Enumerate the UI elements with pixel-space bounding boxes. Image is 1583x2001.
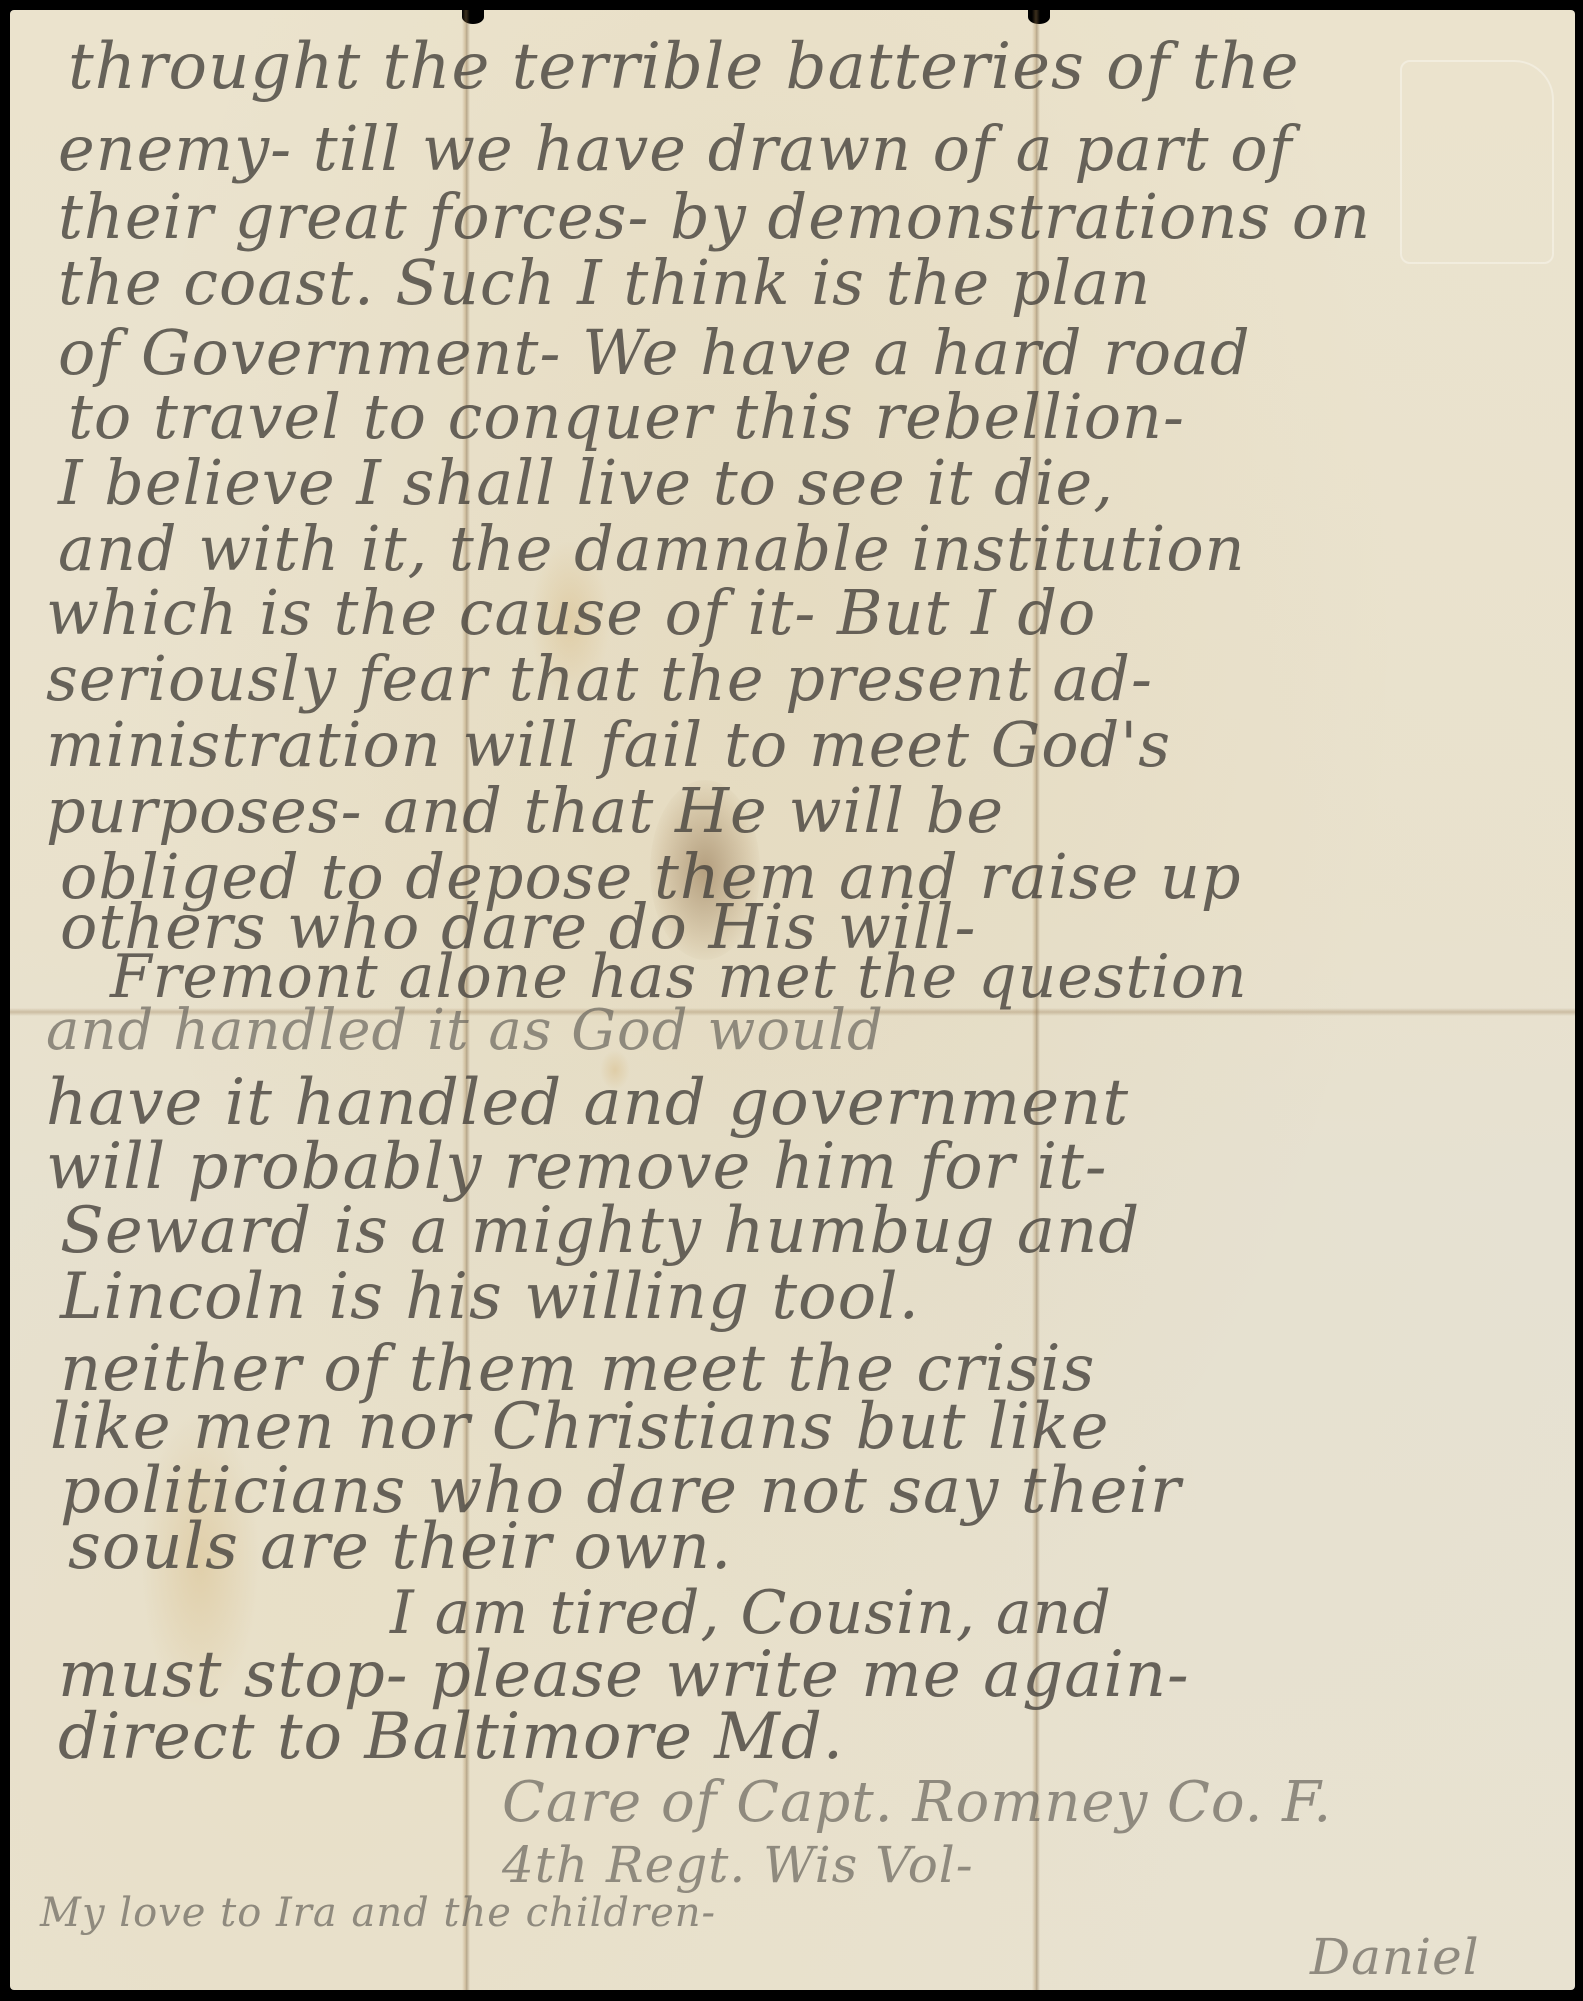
letter-line: enemy- till we have drawn of a part of [58,112,1293,185]
letter-page: throught the terrible batteries of the e… [10,10,1575,1990]
letter-line: Seward is a mighty humbug and [60,1194,1140,1268]
letter-line: purposes- and that He will be [46,774,1004,847]
letter-line: the coast. Such I think is the plan [58,246,1151,319]
letter-line: which is the cause of it- But I do [46,576,1096,649]
letter-line: have it handled and government [46,1066,1129,1140]
postscript: My love to Ira and the children- [40,1890,716,1936]
letter-line: ministration will fail to meet God's [46,708,1171,781]
return-address: Care of Capt. Romney Co. F. [502,1770,1332,1835]
letter-line: and handled it as God would [46,998,884,1063]
letter-line: Lincoln is his willing tool. [60,1260,920,1334]
letter-line: of Government- We have a hard road [58,316,1251,389]
letter-line: throught the terrible batteries of the [68,30,1300,104]
letter-line: I believe I shall live to see it die, [58,446,1114,519]
letter-line: like men nor Christians but like [50,1390,1109,1464]
signature: Daniel [1310,1928,1480,1986]
embossed-stationery-mark [1400,60,1554,264]
letter-line: souls are their own. [68,1510,732,1584]
letter-line: and with it, the damnable institution [58,512,1246,585]
letter-line: seriously fear that the present ad- [46,642,1153,715]
return-address: 4th Regt. Wis Vol- [502,1836,974,1894]
letter-line: their great forces- by demonstrations on [58,180,1371,253]
closing-line: direct to Baltimore Md. [58,1700,844,1774]
letter-line: will probably remove him for it- [46,1130,1107,1204]
letter-line: to travel to conquer this rebellion- [68,380,1185,453]
